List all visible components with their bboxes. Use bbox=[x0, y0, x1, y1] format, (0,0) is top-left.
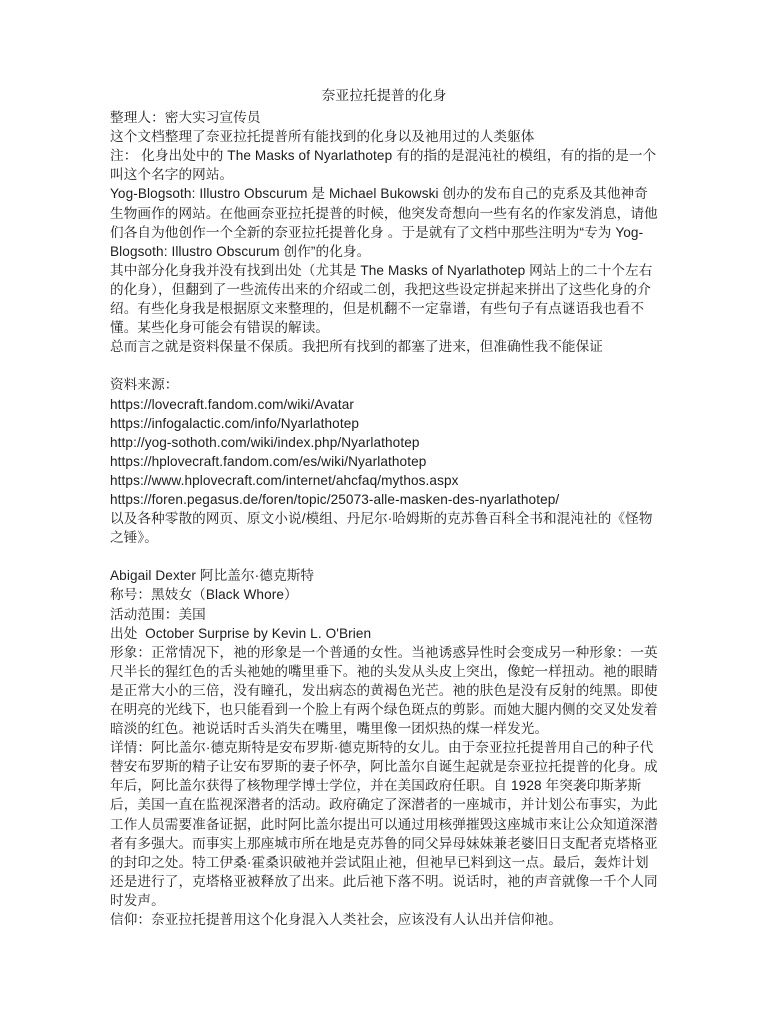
source-url: https://foren.pegasus.de/foren/topic/250… bbox=[110, 490, 658, 509]
page-title: 奈亚拉托提普的化身 bbox=[110, 86, 658, 105]
avatar-faith-line: 信仰：奈亚拉托提普用这个化身混入人类社会，应该没有人认出并信仰祂。 bbox=[110, 910, 658, 929]
avatar-range-line: 活动范围：美国 bbox=[110, 605, 658, 624]
document-page: 奈亚拉托提普的化身 整理人：密大实习宣传员 这个文档整理了奈亚拉托提普所有能找到… bbox=[0, 0, 768, 1024]
document-content: 奈亚拉托提普的化身 整理人：密大实习宣传员 这个文档整理了奈亚拉托提普所有能找到… bbox=[110, 86, 658, 929]
sources-heading: 资料来源： bbox=[110, 375, 658, 394]
blank-line bbox=[110, 547, 658, 566]
summary-line: 这个文档整理了奈亚拉托提普所有能找到的化身以及祂用过的人类躯体 bbox=[110, 127, 658, 146]
avatar-origin-line: 出处 October Surprise by Kevin L. O'Brien bbox=[110, 624, 658, 643]
source-url: https://www.hplovecraft.com/internet/ahc… bbox=[110, 471, 658, 490]
source-url: http://yog-sothoth.com/wiki/index.php/Ny… bbox=[110, 433, 658, 452]
caveat-paragraph: 其中部分化身我并没有找到出处（尤其是 The Masks of Nyarlath… bbox=[110, 261, 658, 337]
avatar-details-paragraph: 详情：阿比盖尔·德克斯特是安布罗斯·德克斯特的女儿。由于奈亚拉托提普用自己的种子… bbox=[110, 738, 658, 910]
source-url: https://hplovecraft.fandom.com/es/wiki/N… bbox=[110, 452, 658, 471]
avatar-name-heading: Abigail Dexter 阿比盖尔·德克斯特 bbox=[110, 566, 658, 585]
avatar-alias-line: 称号：黑妓女（Black Whore） bbox=[110, 585, 658, 604]
compiler-line: 整理人：密大实习宣传员 bbox=[110, 108, 658, 127]
yog-blogsoth-paragraph: Yog-Blogsoth: Illustro Obscurum 是 Michae… bbox=[110, 184, 658, 260]
source-url: https://infogalactic.com/info/Nyarlathot… bbox=[110, 414, 658, 433]
sources-other-line: 以及各种零散的网页、原文小说/模组、丹尼尔·哈姆斯的克苏鲁百科全书和混沌社的《怪… bbox=[110, 509, 658, 547]
note-paragraph: 注： 化身出处中的 The Masks of Nyarlathotep 有的指的… bbox=[110, 146, 658, 184]
source-url: https://lovecraft.fandom.com/wiki/Avatar bbox=[110, 395, 658, 414]
avatar-appearance-paragraph: 形象：正常情况下，祂的形象是一个普通的女性。当祂诱惑异性时会变成另一种形象：一英… bbox=[110, 643, 658, 738]
quality-note-line: 总而言之就是资料保量不保质。我把所有找到的都塞了进来，但准确性我不能保证 bbox=[110, 337, 658, 356]
blank-line bbox=[110, 356, 658, 375]
